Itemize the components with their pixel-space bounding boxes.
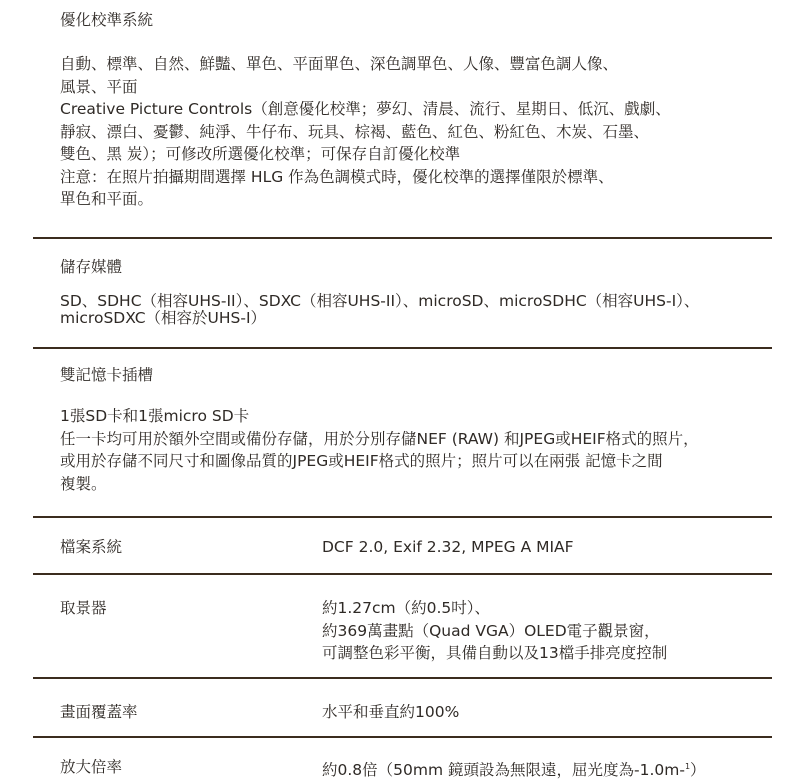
spec-label-magnification: 放大倍率	[60, 756, 122, 778]
text-line: Creative Picture Controls（創意優化校準；夢幻、清晨、流…	[60, 98, 671, 121]
spec-value-frame-coverage: 水平和垂直約100%	[322, 701, 459, 724]
text-line: 可調整色彩平衡，具備自動以及13檔手排亮度控制	[322, 642, 667, 665]
spec-value-file-system: DCF 2.0, Exif 2.32, MPEG A MIAF	[322, 536, 574, 559]
text-line: 雙色、黑 炭）；可修改所選優化校準；可保存自訂優化校準	[60, 143, 671, 166]
spec-value-viewfinder: 約1.27cm（約0.5吋）、 約369萬畫點（Quad VGA）OLED電子觀…	[322, 597, 667, 665]
spec-value-magnification: 約0.8倍（50mm 鏡頭設為無限遠，屈光度為-1.0m-1）	[322, 756, 706, 782]
text-line: SD、SDHC（相容UHS-II）、SDXC（相容UHS-II）、microSD…	[60, 293, 699, 310]
text-line: 風景、平面	[60, 76, 671, 99]
spec-value-storage-media: SD、SDHC（相容UHS-II）、SDXC（相容UHS-II）、microSD…	[60, 293, 699, 327]
divider	[33, 237, 772, 239]
text-line: 或用於存儲不同尺寸和圖像品質的JPEG或HEIF格式的照片；照片可以在兩張 記憶…	[60, 450, 699, 473]
divider	[33, 347, 772, 349]
divider	[33, 677, 772, 679]
text-line: 注意：在照片拍攝期間選擇 HLG 作為色調模式時，優化校準的選擇僅限於標準、	[60, 166, 671, 189]
text-line: 複製。	[60, 473, 699, 496]
divider	[33, 573, 772, 575]
text-line: 1張SD卡和1張micro SD卡	[60, 405, 699, 428]
spec-label-file-system: 檔案系統	[60, 536, 122, 558]
text-line: microSDXC（相容於UHS-I）	[60, 310, 699, 327]
spec-value-picture-control: 自動、標準、自然、鮮豔、單色、平面單色、深色調單色、人像、豐富色調人像、 風景、…	[60, 53, 671, 211]
text-line: 約1.27cm（約0.5吋）、	[322, 597, 667, 620]
spec-label-frame-coverage: 畫面覆蓋率	[60, 701, 138, 723]
text-line: 約369萬畫點（Quad VGA）OLED電子觀景窗，	[322, 620, 667, 643]
spec-label-dual-card-slots: 雙記憶卡插槽	[60, 364, 153, 386]
closing-paren: ）	[690, 761, 706, 779]
spec-label-viewfinder: 取景器	[60, 597, 107, 619]
divider	[33, 736, 772, 738]
text-line: 自動、標準、自然、鮮豔、單色、平面單色、深色調單色、人像、豐富色調人像、	[60, 53, 671, 76]
spec-label-storage-media: 儲存媒體	[60, 256, 122, 278]
divider	[33, 516, 772, 518]
spec-value-dual-card-slots: 1張SD卡和1張micro SD卡 任一卡均可用於額外空間或備份存儲，用於分別存…	[60, 405, 699, 495]
text-line: 任一卡均可用於額外空間或備份存儲，用於分別存儲NEF (RAW) 和JPEG或H…	[60, 428, 699, 451]
text-line: 靜寂、漂白、憂鬱、純淨、牛仔布、玩具、棕褐、藍色、紅色、粉紅色、木炭、石墨、	[60, 121, 671, 144]
spec-label-picture-control: 優化校準系統	[60, 9, 153, 31]
text-line: 單色和平面。	[60, 188, 671, 211]
magnification-text: 約0.8倍（50mm 鏡頭設為無限遠，屈光度為-1.0m-	[322, 761, 685, 779]
